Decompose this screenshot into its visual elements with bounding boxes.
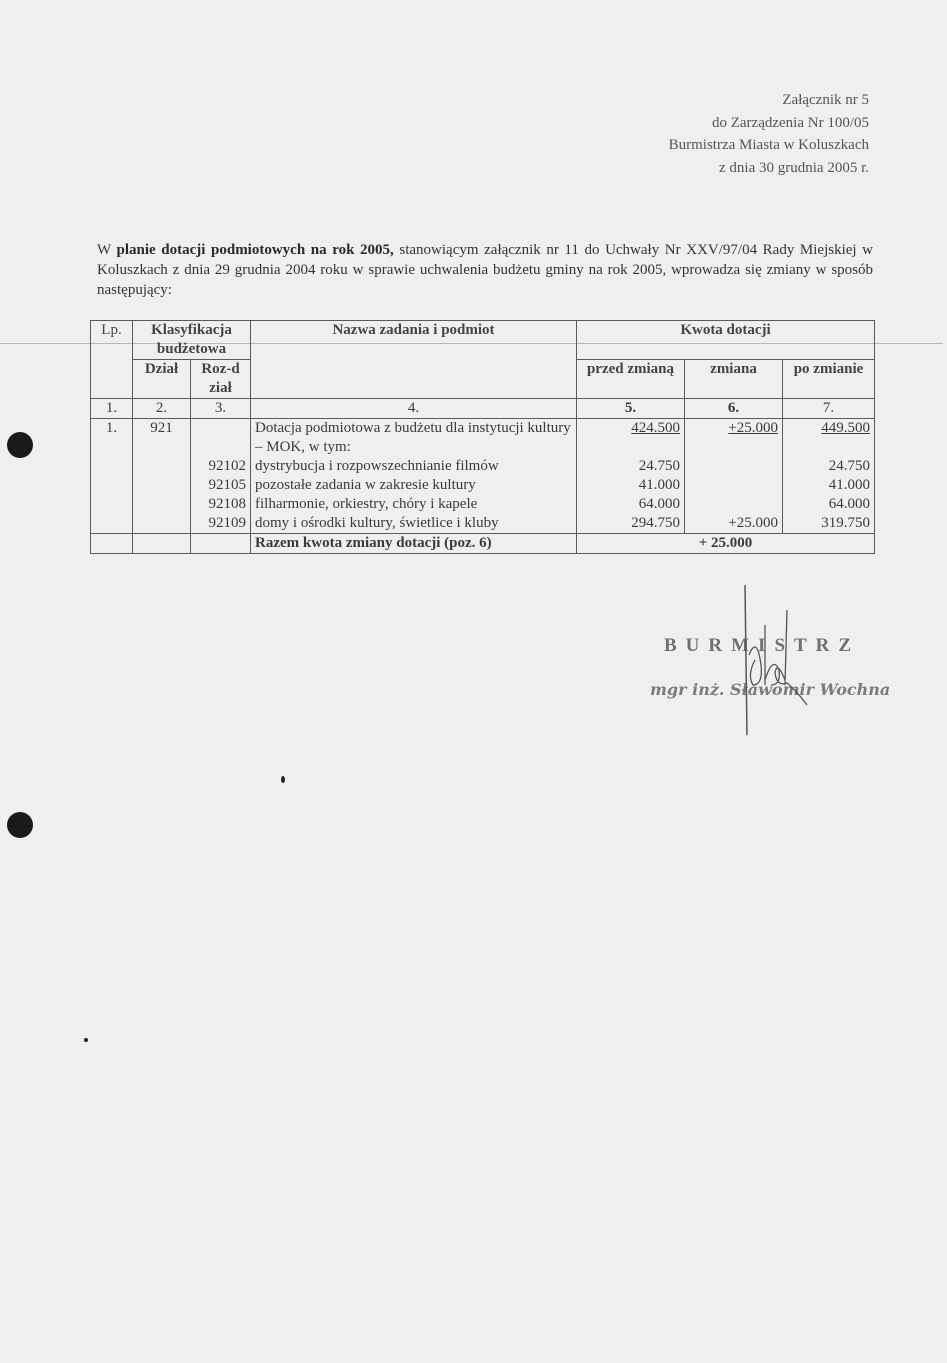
header-line: z dnia 30 grudnia 2005 r. (669, 157, 869, 180)
header-nazwa: Nazwa zadania i podmiot (251, 321, 577, 399)
cell-po: 24.750 (787, 457, 870, 476)
total-label: Razem kwota zmiany dotacji (poz. 6) (251, 534, 577, 554)
scanned-page: Załącznik nr 5 do Zarządzenia Nr 100/05 … (0, 0, 947, 1363)
cell-zmiana (689, 476, 778, 495)
cell-zmiana-main: +25.000 (728, 420, 778, 436)
cell-rozdzial: 92109 (195, 514, 246, 533)
cell-po-main: 449.500 (821, 420, 870, 436)
header-line: do Zarządzenia Nr 100/05 (669, 112, 869, 135)
table-row-main: 1. 921 92102 92105 92108 92109 Dotacja p… (91, 419, 875, 534)
column-number: 2. (133, 399, 191, 419)
header-zmiana: zmiana (685, 360, 783, 399)
intro-paragraph: W planie dotacji podmiotowych na rok 200… (97, 240, 873, 300)
cell-po-list: 449.500 24.750 41.000 64.000 319.750 (783, 419, 875, 534)
cell-zmiana: +25.000 (689, 514, 778, 533)
budget-table: Lp. Klasyfikacja budżetowa Nazwa zadania… (90, 320, 875, 554)
header-klasyfikacja: Klasyfikacja budżetowa (133, 321, 251, 360)
cell-nazwa: pozostałe zadania w zakresie kultury (255, 476, 572, 495)
cell-lp: 1. (91, 419, 133, 534)
header-dzial: Dział (133, 360, 191, 399)
cell-rozdzial-list: 92102 92105 92108 92109 (191, 419, 251, 534)
cell-przed: 24.750 (581, 457, 680, 476)
cell-zmiana (689, 495, 778, 514)
cell-przed-list: 424.500 24.750 41.000 64.000 294.750 (577, 419, 685, 534)
column-number-row: 1. 2. 3. 4. 5. 6. 7. (91, 399, 875, 419)
intro-bold: planie dotacji podmiotowych na rok 2005, (116, 242, 393, 258)
cell-zmiana-list: +25.000 +25.000 (685, 419, 783, 534)
cell-przed: 294.750 (581, 514, 680, 533)
header-line: Załącznik nr 5 (669, 89, 869, 112)
column-number: 5. (577, 399, 685, 419)
cell-rozdzial: 92105 (195, 476, 246, 495)
cell-zmiana (689, 457, 778, 476)
cell-nazwa: filharmonie, orkiestry, chóry i kapele (255, 495, 572, 514)
column-number: 3. (191, 399, 251, 419)
handwritten-signature-icon (735, 585, 815, 745)
cell-nazwa: domy i ośrodki kultury, świetlice i klub… (255, 514, 572, 533)
column-number: 4. (251, 399, 577, 419)
header-kwota: Kwota dotacji (577, 321, 875, 360)
header-po: po zmianie (783, 360, 875, 399)
header-lp: Lp. (91, 321, 133, 399)
header-przed: przed zmianą (577, 360, 685, 399)
column-number: 7. (783, 399, 875, 419)
cell-nazwa: dystrybucja i rozpowszechnianie filmów (255, 457, 572, 476)
column-number: 1. (91, 399, 133, 419)
cell-przed-main: 424.500 (631, 420, 680, 436)
header-row: Lp. Klasyfikacja budżetowa Nazwa zadania… (91, 321, 875, 360)
punch-hole (7, 432, 33, 458)
header-line: Burmistrza Miasta w Koluszkach (669, 134, 869, 157)
cell-po: 64.000 (787, 495, 870, 514)
cell-po: 319.750 (787, 514, 870, 533)
cell-nazwa-list: Dotacja podmiotowa z budżetu dla instytu… (251, 419, 577, 534)
punch-hole (7, 812, 33, 838)
table-row-total: Razem kwota zmiany dotacji (poz. 6) + 25… (91, 534, 875, 554)
attachment-header: Załącznik nr 5 do Zarządzenia Nr 100/05 … (669, 89, 869, 179)
cell-przed: 64.000 (581, 495, 680, 514)
cell-rozdzial: 92102 (195, 457, 246, 476)
cell-dzial: 921 (133, 419, 191, 534)
dust-speck (84, 1038, 88, 1042)
cell-nazwa-main: Dotacja podmiotowa z budżetu dla instytu… (255, 419, 572, 457)
column-number: 6. (685, 399, 783, 419)
cell-przed: 41.000 (581, 476, 680, 495)
total-value: + 25.000 (577, 534, 875, 554)
intro-prefix: W (97, 242, 116, 258)
dust-speck (281, 776, 285, 783)
cell-po: 41.000 (787, 476, 870, 495)
cell-rozdzial: 92108 (195, 495, 246, 514)
header-rozdzial: Roz-dział (191, 360, 251, 399)
